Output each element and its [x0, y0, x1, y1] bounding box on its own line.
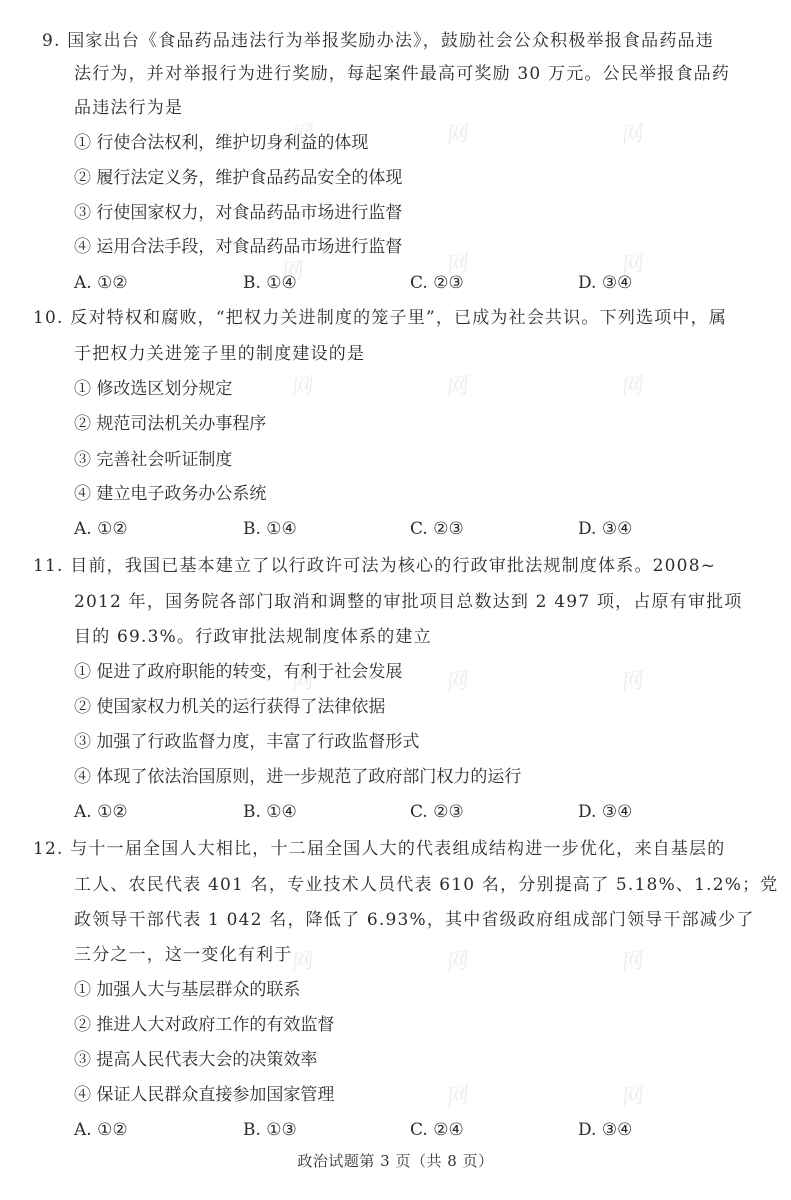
statement-4: ④ 运用合法手段，对食品药品市场进行监督: [74, 236, 402, 258]
question-number: 10.: [33, 307, 64, 329]
question-stem-line: 法行为，并对举报行为进行奖励，每起案件最高可奖励 30 万元。公民举报食品药: [74, 63, 730, 85]
statement-2: ② 使国家权力机关的运行获得了法律依据: [74, 696, 385, 718]
statement-3: ③ 行使国家权力，对食品药品市场进行监督: [74, 202, 402, 224]
statement-2: ② 履行法定义务，维护食品药品安全的体现: [74, 167, 402, 189]
question-stem-line: 11. 目前，我国已基本建立了以行政许可法为核心的行政审批法规制度体系。2008…: [33, 555, 716, 577]
statement-3: ③ 提高人民代表大会的决策效率: [74, 1049, 317, 1071]
watermark: 网: [618, 369, 645, 403]
watermark: 网: [443, 1079, 470, 1113]
statement-3: ③ 加强了行政监督力度，丰富了行政监督形式: [74, 731, 419, 753]
question-stem-text: 国家出台《食品药品违法行为举报奖励办法》，鼓励社会公众积极举报食品药品违: [67, 31, 714, 51]
question-stem-line: 政领导干部代表 1 042 名，降低了 6.93%，其中省级政府组成部门领导干部…: [74, 909, 754, 931]
question-stem-text: 目前，我国已基本建立了以行政许可法为核心的行政审批法规制度体系。2008~: [70, 556, 716, 576]
choice-d[interactable]: D. ③④: [578, 272, 632, 294]
watermark: 网: [288, 369, 315, 403]
watermark: 网: [443, 369, 470, 403]
statement-1: ① 行使合法权利，维护切身利益的体现: [74, 132, 368, 154]
choice-a[interactable]: A. ①②: [74, 801, 128, 823]
choice-a[interactable]: A. ①②: [74, 518, 128, 540]
statement-4: ④ 建立电子政务办公系统: [74, 483, 266, 505]
choice-b[interactable]: B. ①④: [243, 272, 297, 294]
choice-c[interactable]: C. ②③: [410, 801, 464, 823]
choice-c[interactable]: C. ②③: [410, 518, 464, 540]
choice-a[interactable]: A. ①②: [74, 1119, 128, 1141]
question-number: 9.: [42, 30, 61, 52]
watermark: 网: [618, 664, 645, 698]
statement-1: ① 促进了政府职能的转变，有利于社会发展: [74, 661, 402, 683]
choice-c[interactable]: C. ②③: [410, 272, 464, 294]
choice-a[interactable]: A. ①②: [74, 272, 128, 294]
question-number: 11.: [33, 555, 64, 577]
choice-d[interactable]: D. ③④: [578, 1119, 632, 1141]
question-stem-text: 反对特权和腐败，“把权力关进制度的笼子里”，已成为社会共识。下列选项中，属: [70, 308, 727, 328]
statement-2: ② 推进人大对政府工作的有效监督: [74, 1014, 334, 1036]
question-stem-line: 品违法行为是: [74, 97, 183, 119]
question-stem-line: 12. 与十一届全国人大相比，十二届全国人大的代表组成结构进一步优化，来自基层的: [33, 838, 725, 860]
choice-b[interactable]: B. ①④: [243, 518, 297, 540]
choice-b[interactable]: B. ①④: [243, 801, 297, 823]
watermark: 网: [443, 944, 470, 978]
question-stem-text: 与十一届全国人大相比，十二届全国人大的代表组成结构进一步优化，来自基层的: [70, 839, 725, 859]
choice-d[interactable]: D. ③④: [578, 518, 632, 540]
watermark: 网: [443, 117, 470, 151]
statement-4: ④ 保证人民群众直接参加国家管理: [74, 1084, 334, 1106]
question-stem-line: 于把权力关进笼子里的制度建设的是: [74, 343, 365, 365]
choice-c[interactable]: C. ②④: [410, 1119, 464, 1141]
choice-b[interactable]: B. ①③: [243, 1119, 297, 1141]
exam-page: 网 网 网 网 网 网 网 网 网 网 网 网 网 网 网 网 网 9. 国家出…: [0, 0, 791, 1200]
question-stem-line: 9. 国家出台《食品药品违法行为举报奖励办法》，鼓励社会公众积极举报食品药品违: [42, 30, 714, 52]
question-number: 12.: [33, 838, 64, 860]
watermark: 网: [618, 117, 645, 151]
choice-d[interactable]: D. ③④: [578, 801, 632, 823]
question-stem-line: 目的 69.3%。行政审批法规制度体系的建立: [74, 626, 432, 648]
watermark: 网: [618, 944, 645, 978]
statement-1: ① 加强人大与基层群众的联系: [74, 979, 300, 1001]
statement-2: ② 规范司法机关办事程序: [74, 413, 266, 435]
statement-1: ① 修改选区划分规定: [74, 378, 232, 400]
question-stem-line: 10. 反对特权和腐败，“把权力关进制度的笼子里”，已成为社会共识。下列选项中，…: [33, 307, 727, 329]
statement-3: ③ 完善社会听证制度: [74, 449, 232, 471]
watermark: 网: [443, 664, 470, 698]
question-stem-line: 工人、农民代表 401 名，专业技术人员代表 610 名，分别提高了 5.18%…: [74, 874, 779, 896]
statement-4: ④ 体现了依法治国原则，进一步规范了政府部门权力的运行: [74, 766, 521, 788]
page-footer: 政治试题第 3 页（共 8 页）: [0, 1151, 791, 1171]
question-stem-line: 2012 年，国务院各部门取消和调整的审批项目总数达到 2 497 项，占原有审…: [74, 591, 743, 613]
question-stem-line: 三分之一，这一变化有利于: [74, 944, 292, 966]
watermark: 网: [618, 1079, 645, 1113]
